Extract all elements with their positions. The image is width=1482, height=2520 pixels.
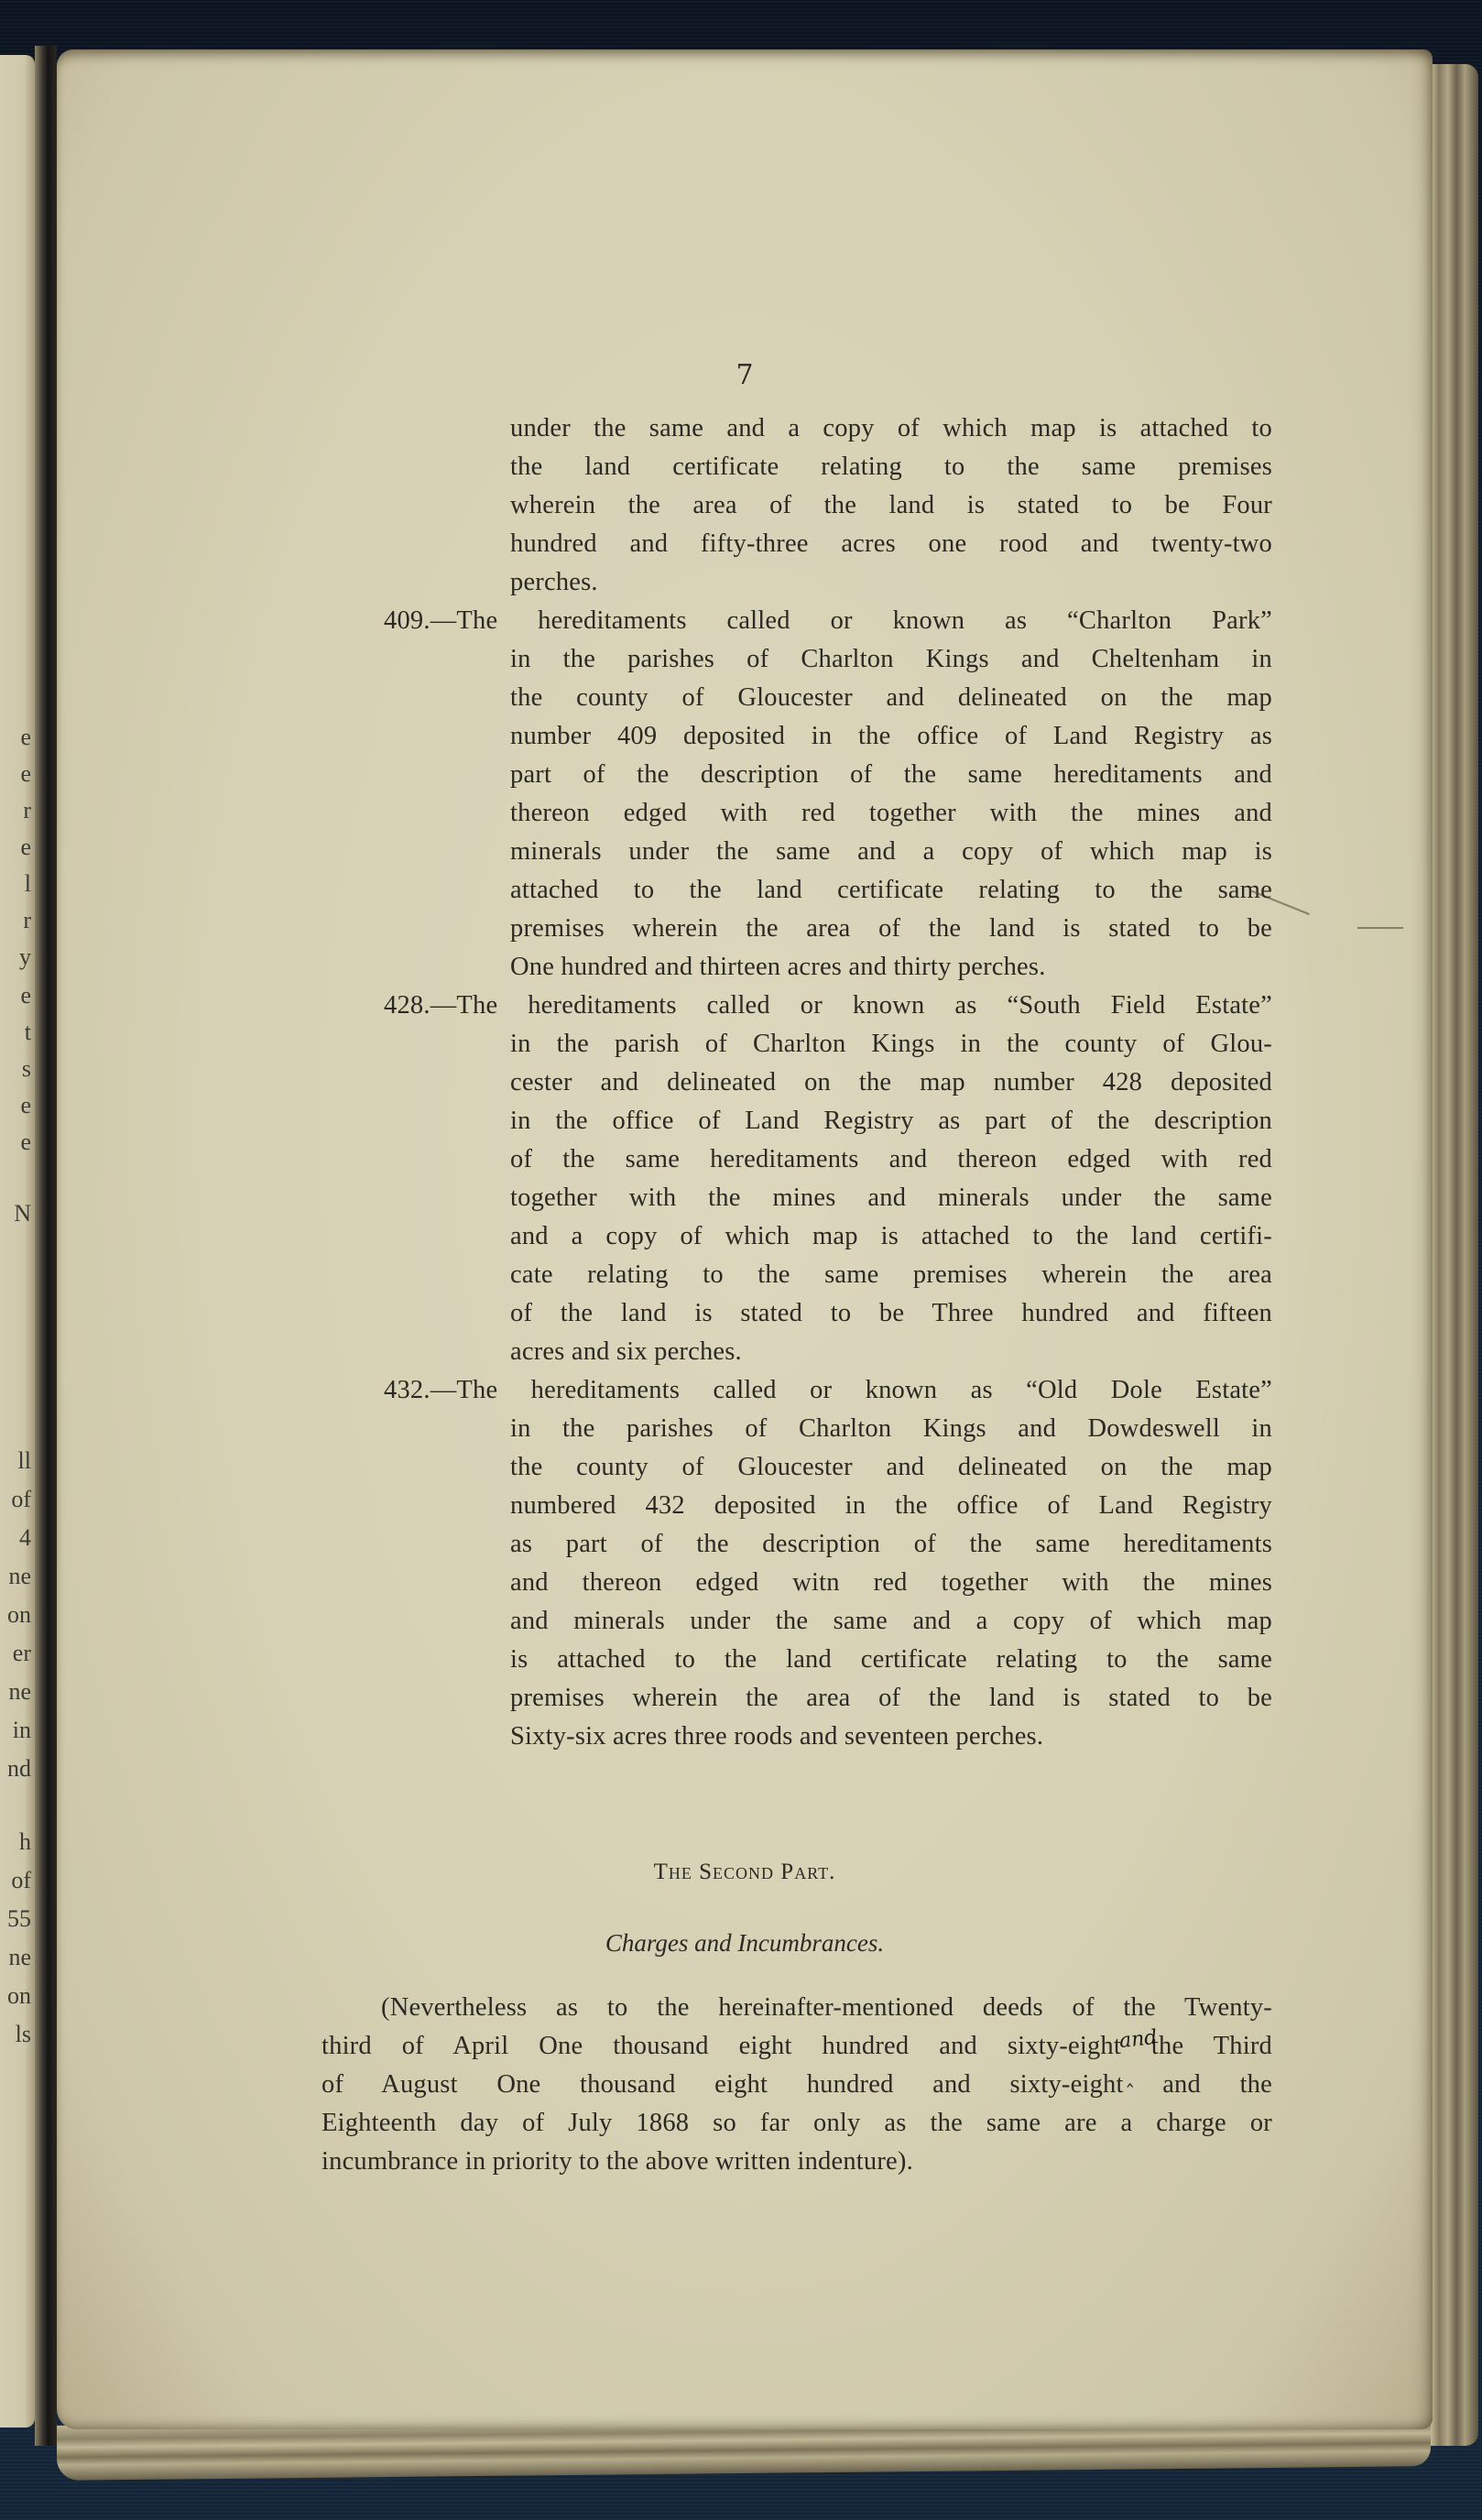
text-line: of the land is stated to be Three hundre…: [510, 1299, 1272, 1328]
text-line: of the same hereditaments and thereon ed…: [510, 1145, 1272, 1174]
text-line: attached to the land certificate relatin…: [510, 876, 1272, 905]
facing-page-text-fragment: y: [19, 944, 31, 971]
text-line: One hundred and thirteen acres and thirt…: [510, 953, 1272, 982]
text-line: premises wherein the area of the land is…: [510, 1684, 1272, 1713]
page-number: 7: [57, 359, 1433, 391]
facing-page-text-fragment: on: [7, 1982, 31, 2010]
facing-page-text-fragment: ll: [18, 1447, 31, 1475]
facing-page-text-fragment: er: [13, 1640, 31, 1667]
facing-page-text-fragment: e: [20, 982, 31, 1009]
section-heading: The Second Part.: [57, 1860, 1433, 1885]
text-line: in the parishes of Charlton Kings and Do…: [510, 1414, 1272, 1444]
facing-page-text-fragment: 4: [19, 1524, 31, 1552]
entry-432-heading: 432.—The hereditaments called or known a…: [384, 1376, 1272, 1405]
entry-number: 409.: [384, 606, 430, 635]
facing-page-text-fragment: e: [20, 1129, 31, 1156]
text-line: and a copy of which map is attached to t…: [510, 1222, 1272, 1251]
handwritten-insertion: and: [1118, 2026, 1159, 2053]
section-subheading: Charges and Incumbrances.: [57, 1929, 1433, 1958]
text-line: numbered 432 deposited in the office of …: [510, 1491, 1272, 1521]
document-page: 7 under the same and a copy of which map…: [57, 49, 1433, 2429]
text-line: premises wherein the area of the land is…: [510, 914, 1272, 944]
text-line: Eighteenth day of July 1868 so far only …: [321, 2109, 1272, 2138]
text-line: under the same and a copy of which map i…: [510, 414, 1272, 443]
text-line: the land certificate relating to the sam…: [510, 453, 1272, 482]
facing-page-edge: eerelryetseeNllof4neonerneinndhof55neonl…: [0, 55, 35, 2427]
facing-page-text-fragment: of: [11, 1486, 31, 1513]
text-line: and thereon edged witn red together with…: [510, 1568, 1272, 1598]
text-line: in the office of Land Registry as part o…: [510, 1107, 1272, 1136]
text-line: wherein the area of the land is stated t…: [510, 491, 1272, 520]
facing-page-text-fragment: e: [20, 724, 31, 751]
text-line: incumbrance in priority to the above wri…: [321, 2147, 1272, 2176]
text-line: is attached to the land certificate rela…: [510, 1645, 1272, 1675]
book-gutter: [35, 46, 57, 2446]
facing-page-text-fragment: 55: [7, 1905, 31, 1933]
text-line: part of the description of the same here…: [510, 760, 1272, 790]
facing-page-text-fragment: e: [20, 1092, 31, 1119]
text-line: acres and six perches.: [510, 1337, 1272, 1367]
insertion-caret-icon: ‸: [1127, 2065, 1133, 2088]
facing-page-text-fragment: l: [25, 870, 31, 898]
entry-number: 428.: [384, 991, 430, 1020]
facing-page-text-fragment: t: [25, 1019, 31, 1046]
entry-409-heading: 409.—The hereditaments called or known a…: [384, 606, 1272, 636]
text-line: hundred and fifty-three acres one rood a…: [510, 529, 1272, 559]
text-line: Sixty-six acres three roods and seventee…: [510, 1722, 1272, 1751]
text-line: the county of Gloucester and delineated …: [510, 683, 1272, 713]
text-line: in the parish of Charlton Kings in the c…: [510, 1030, 1272, 1059]
text-line: thereon edged with red together with the…: [510, 799, 1272, 828]
facing-page-text-fragment: r: [23, 907, 31, 934]
entry-first-line: —The hereditaments called or known as “C…: [430, 606, 1272, 635]
text-line: and minerals under the same and a copy o…: [510, 1607, 1272, 1636]
entry-number: 432.: [384, 1376, 430, 1404]
entry-428-heading: 428.—The hereditaments called or known a…: [384, 991, 1272, 1020]
text-line: (Nevertheless as to the hereinafter-ment…: [381, 1993, 1272, 2023]
entry-first-line: —The hereditaments called or known as “O…: [430, 1376, 1272, 1404]
text-line: in the parishes of Charlton Kings and Ch…: [510, 645, 1272, 674]
facing-page-text-fragment: N: [14, 1200, 31, 1227]
text-line: cate relating to the same premises where…: [510, 1260, 1272, 1290]
stray-pencil-mark: [1357, 927, 1403, 929]
text-line: perches.: [510, 568, 1272, 597]
text-line: minerals under the same and a copy of wh…: [510, 837, 1272, 867]
text-line: together with the mines and minerals und…: [510, 1184, 1272, 1213]
facing-page-text-fragment: s: [22, 1055, 31, 1083]
facing-page-text-fragment: e: [20, 834, 31, 861]
text-line: the county of Gloucester and delineated …: [510, 1453, 1272, 1482]
facing-page-text-fragment: ls: [16, 2021, 31, 2048]
text-line: as part of the description of the same h…: [510, 1530, 1272, 1559]
facing-page-text-fragment: h: [19, 1828, 31, 1856]
facing-page-text-fragment: nd: [7, 1755, 31, 1783]
text-line: cester and delineated on the map number …: [510, 1068, 1272, 1097]
entry-first-line: —The hereditaments called or known as “S…: [430, 991, 1272, 1020]
facing-page-text-fragment: on: [7, 1601, 31, 1629]
facing-page-text-fragment: in: [13, 1717, 31, 1744]
facing-page-text-fragment: ne: [8, 1563, 31, 1590]
facing-page-text-fragment: of: [11, 1867, 31, 1894]
page-text: 7 under the same and a copy of which map…: [57, 49, 1433, 2429]
facing-page-text-fragment: r: [23, 797, 31, 824]
text-line: number 409 deposited in the office of La…: [510, 722, 1272, 751]
facing-page-text-fragment: ne: [8, 1944, 31, 1971]
facing-page-text-fragment: e: [20, 760, 31, 788]
facing-page-text-fragment: ne: [8, 1678, 31, 1706]
